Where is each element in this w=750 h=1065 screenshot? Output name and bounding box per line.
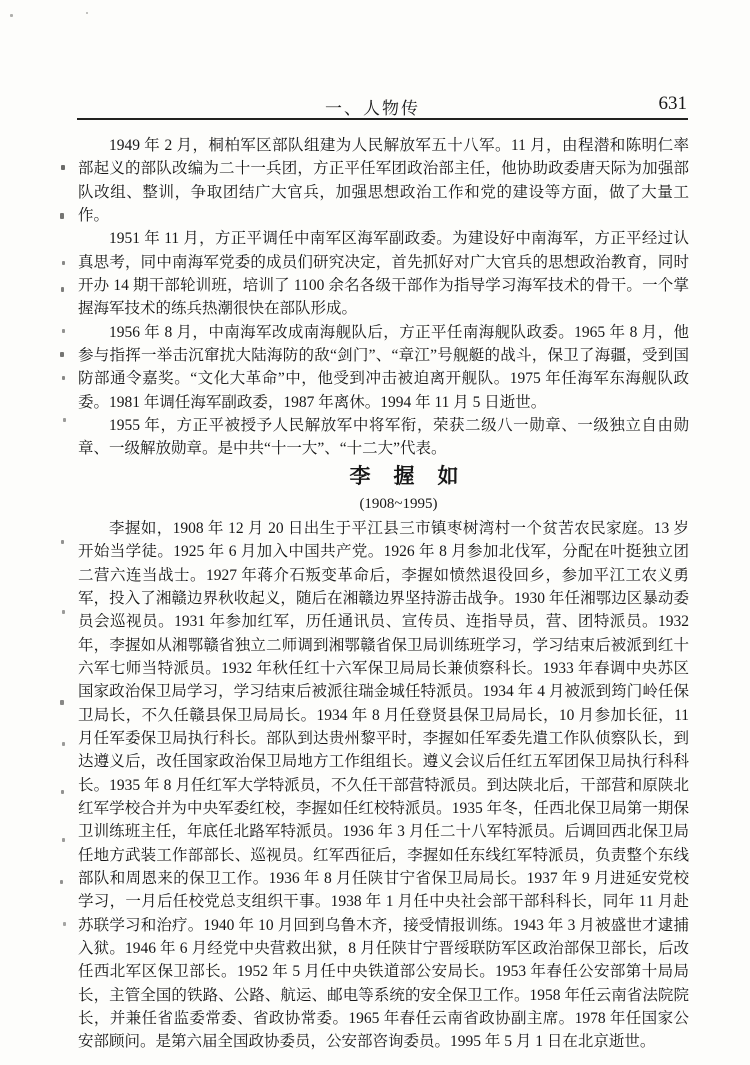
scan-speckle [63, 922, 66, 926]
page-header: 一、人物传 631 [77, 93, 688, 119]
scan-speckle [10, 14, 13, 17]
scan-speckle [62, 742, 65, 746]
scan-speckle [60, 352, 64, 357]
paragraph-fangzhengping-1949: 1949 年 2 月，桐柏军区部队组建为人民解放军五十八军。11 月，由程潜和陈… [78, 134, 689, 227]
entry-biography: 李握如，1908 年 12 月 20 日出生于平江县三市镇枣树湾村一个贫苦农民家… [78, 517, 689, 1054]
scan-speckle [86, 12, 88, 14]
scan-speckle [62, 610, 65, 614]
scan-speckle [61, 790, 64, 794]
paragraph-fangzhengping-1956: 1956 年 8 月，中南海军改成南海舰队后，方正平任南海舰队政委。1965 年… [78, 321, 689, 414]
scan-speckle [63, 418, 66, 422]
scanned-book-page: 一、人物传 631 1949 年 2 月，桐柏军区部队组建为人民解放军五十八军。… [0, 0, 750, 1065]
paragraph-fangzhengping-1955: 1955 年，方正平被授予人民解放军中将军衔，荣获二级八一勋章、一级独立自由勋章… [78, 414, 689, 461]
page-number: 631 [659, 93, 688, 115]
entry-name-heading: 李 握 如 [78, 461, 689, 491]
scan-speckle [62, 838, 65, 842]
scan-speckle [62, 376, 65, 380]
scan-speckle [60, 700, 64, 705]
header-rule [77, 118, 688, 120]
scan-speckle [62, 329, 65, 333]
paragraph-fangzhengping-1951: 1951 年 11 月，方正平调任中南军区海军副政委。为建设好中南海军，方正平经… [78, 227, 689, 320]
scan-speckle [61, 165, 65, 170]
scan-speckle [60, 213, 64, 219]
scan-speckle [62, 261, 65, 265]
section-title: 一、人物传 [325, 94, 420, 119]
scan-speckle [61, 540, 64, 544]
scan-speckle [61, 287, 64, 292]
scan-speckle [60, 880, 63, 884]
page-content: 1949 年 2 月，桐柏军区部队组建为人民解放军五十八军。11 月，由程潜和陈… [78, 134, 689, 1054]
entry-lifespan: (1908~1995) [78, 491, 689, 517]
